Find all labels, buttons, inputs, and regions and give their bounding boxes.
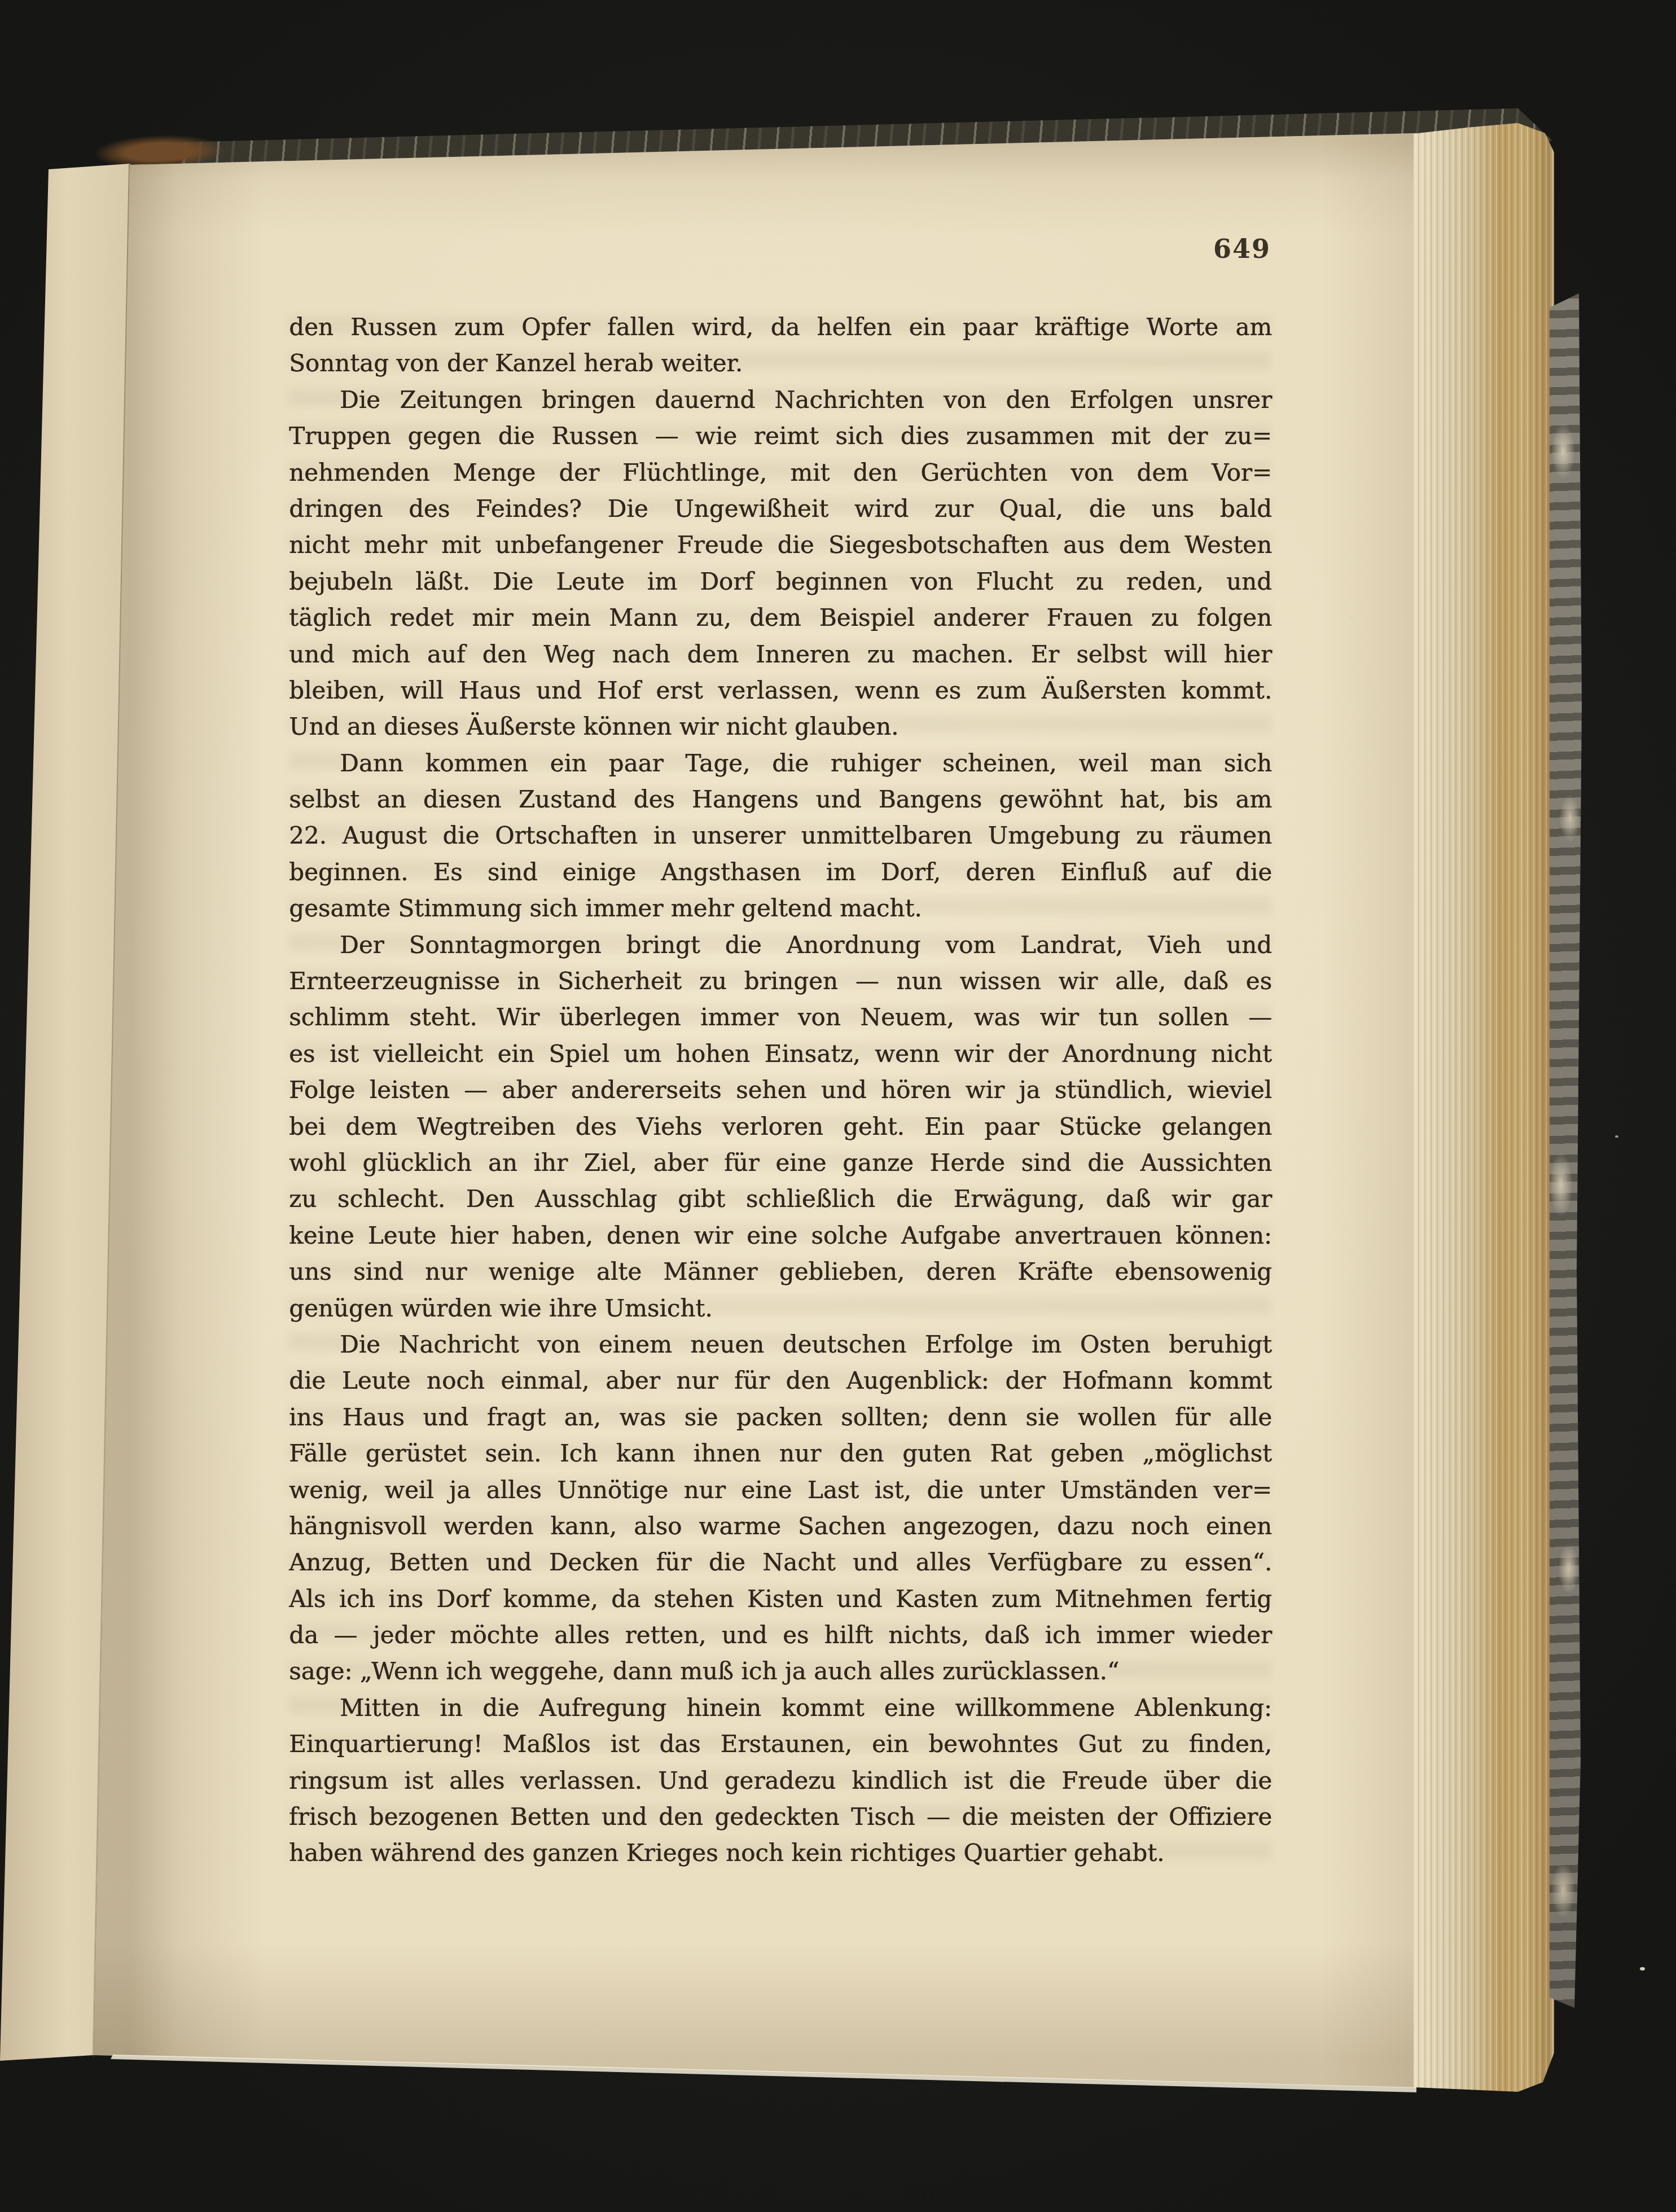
text-line: dringen des Feindes? Die Ungewißheit wir… (289, 491, 1272, 527)
dust-speck (1615, 1135, 1618, 1138)
text-line: nehmenden Menge der Flüchtlinge, mit den… (289, 455, 1272, 491)
text-line: ringsum ist alles verlassen. Und geradez… (289, 1763, 1272, 1799)
text-line: genügen würden wie ihre Umsicht. (289, 1291, 1272, 1327)
text-line: Als ich ins Dorf komme, da stehen Kisten… (289, 1581, 1272, 1617)
text-line: bejubeln läßt. Die Leute im Dorf beginne… (289, 564, 1272, 600)
text-line: hängnisvoll werden kann, also warme Sach… (289, 1508, 1272, 1544)
text-line: keine Leute hier haben, denen wir eine s… (289, 1218, 1272, 1254)
text-line: Folge leisten — aber andererseits sehen … (289, 1072, 1272, 1108)
text-line: Sonntag von der Kanzel herab weiter. (289, 345, 1272, 381)
text-line: wohl glücklich an ihr Ziel, aber für ein… (289, 1145, 1272, 1181)
text-line: 22. August die Ortschaften in unserer un… (289, 818, 1272, 854)
text-line: wenig, weil ja alles Unnötige nur eine L… (289, 1472, 1272, 1508)
page-number: 649 (289, 234, 1271, 267)
text-line: Truppen gegen die Russen — wie reimt sic… (289, 418, 1272, 454)
text-line: selbst an diesen Zustand des Hangens und… (289, 782, 1272, 818)
text-line: beginnen. Es sind einige Angsthasen im D… (289, 854, 1272, 890)
text-line: bleiben, will Haus und Hof erst verlasse… (289, 673, 1272, 709)
text-line: die Leute noch einmal, aber nur für den … (289, 1363, 1272, 1399)
text-line: es ist vielleicht ein Spiel um hohen Ein… (289, 1036, 1272, 1072)
text-line: Die Nachricht von einem neuen deutschen … (289, 1327, 1272, 1363)
text-line: ins Haus und fragt an, was sie packen so… (289, 1399, 1272, 1436)
text-line: bei dem Wegtreiben des Viehs verloren ge… (289, 1109, 1272, 1145)
text-line: uns sind nur wenige alte Männer gebliebe… (289, 1254, 1272, 1290)
text-line: zu schlecht. Den Ausschlag gibt schließl… (289, 1181, 1272, 1217)
dust-speck (1640, 1967, 1645, 1970)
text-line: frisch bezogenen Betten und den gedeckte… (289, 1799, 1272, 1835)
dust-speck (1350, 616, 1353, 619)
text-line: Ernteerzeugnisse in Sicherheit zu bringe… (289, 963, 1272, 999)
text-line: schlimm steht. Wir überlegen immer von N… (289, 999, 1272, 1035)
text-line: sage: „Wenn ich weggehe, dann muß ich ja… (289, 1653, 1272, 1689)
text-line: Fälle gerüstet sein. Ich kann ihnen nur … (289, 1436, 1272, 1472)
book-scan: 649 den Russen zum Opfer fallen wird, da… (0, 0, 1676, 2212)
text-line: nicht mehr mit unbefangener Freude die S… (289, 527, 1272, 563)
text-line: Dann kommen ein paar Tage, die ruhiger s… (289, 745, 1272, 782)
text-block: den Russen zum Opfer fallen wird, da hel… (289, 309, 1272, 1872)
text-line: Mitten in die Aufregung hinein kommt ein… (289, 1690, 1272, 1726)
text-line: da — jeder möchte alles retten, und es h… (289, 1617, 1272, 1653)
text-line: und mich auf den Weg nach dem Inneren zu… (289, 637, 1272, 673)
text-line: gesamte Stimmung sich immer mehr geltend… (289, 890, 1272, 927)
text-line: Die Zeitungen bringen dauernd Nachrichte… (289, 382, 1272, 418)
text-line: Anzug, Betten und Decken für die Nacht u… (289, 1544, 1272, 1581)
text-line: haben während des ganzen Krieges noch ke… (289, 1835, 1272, 1871)
text-line: den Russen zum Opfer fallen wird, da hel… (289, 309, 1272, 345)
text-line: täglich redet mir mein Mann zu, dem Beis… (289, 600, 1272, 636)
text-line: Einquartierung! Maßlos ist das Erstaunen… (289, 1726, 1272, 1762)
text-line: Der Sonntagmorgen bringt die Anordnung v… (289, 927, 1272, 963)
text-line: Und an dieses Äußerste können wir nicht … (289, 709, 1272, 745)
